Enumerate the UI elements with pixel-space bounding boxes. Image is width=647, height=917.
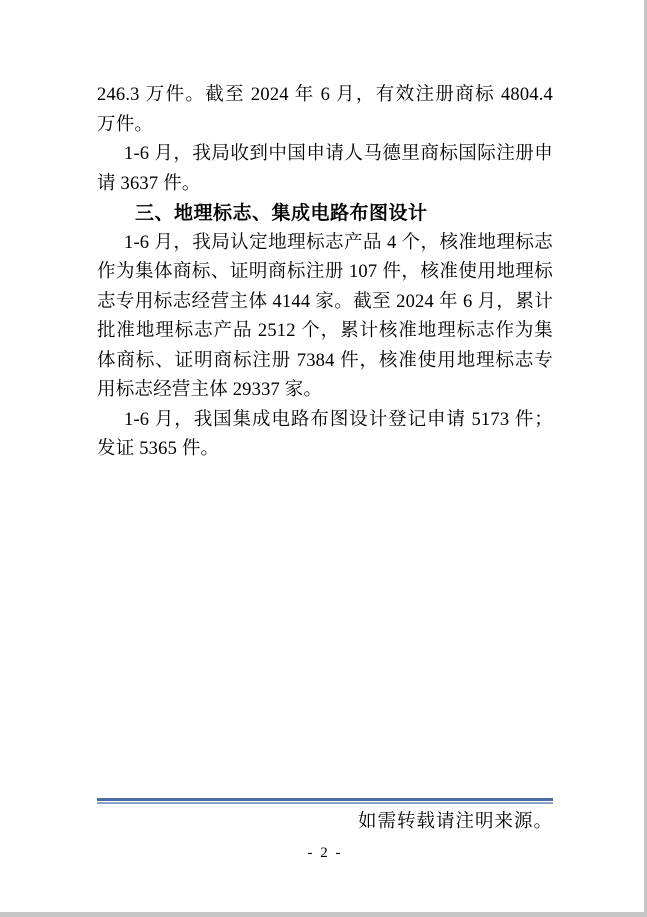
paragraph-madrid-applications: 1-6 月，我局收到中国申请人马德里商标国际注册申请 3637 件。: [97, 140, 553, 199]
page-number: - 2 -: [97, 843, 553, 863]
paragraph-ic-layout-design: 1-6 月，我国集成电路布图设计登记申请 5173 件；发证 5365 件。: [97, 406, 553, 465]
footer-reprint-note: 如需转载请注明来源。: [97, 809, 553, 835]
page-footer: 如需转载请注明来源。: [97, 798, 553, 835]
section-heading-geographical-indications: 三、地理标志、集成电路布图设计: [97, 199, 553, 229]
paragraph-trademark-continued: 246.3 万件。截至 2024 年 6 月，有效注册商标 4804.4 万件。: [97, 81, 553, 140]
document-page: 246.3 万件。截至 2024 年 6 月，有效注册商标 4804.4 万件。…: [0, 0, 647, 917]
paragraph-geographical-indications: 1-6 月，我局认定地理标志产品 4 个，核准地理标志作为集体商标、证明商标注册…: [97, 229, 553, 406]
page-body-text: 246.3 万件。截至 2024 年 6 月，有效注册商标 4804.4 万件。…: [97, 81, 553, 465]
footer-divider-rule: [97, 798, 553, 804]
